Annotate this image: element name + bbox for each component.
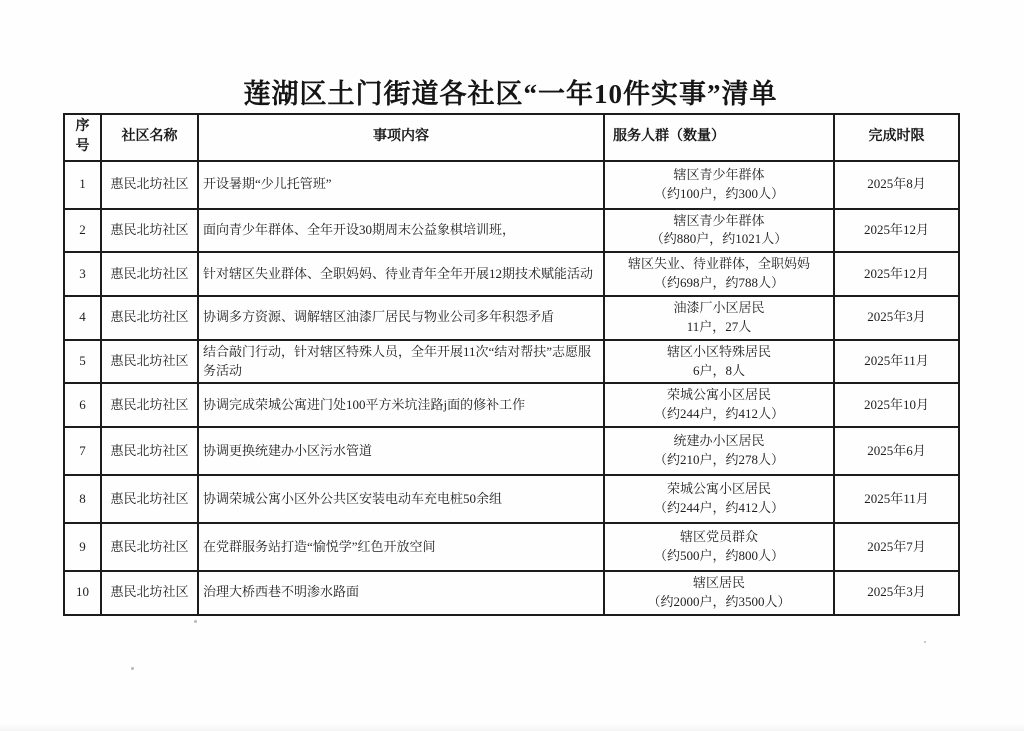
row-deadline: 2025年11月 xyxy=(834,340,959,384)
row-served: 统建办小区居民 （约210户，约278人） xyxy=(604,427,834,475)
served-group: 油漆厂小区居民 xyxy=(609,299,829,318)
row-no: 1 xyxy=(64,161,101,209)
document-title: 莲湖区土门街道各社区“一年10件实事”清单 xyxy=(63,72,958,111)
served-group: 辖区青少年群体 xyxy=(609,166,829,185)
header-no: 序号 xyxy=(64,114,101,161)
row-community: 惠民北坊社区 xyxy=(101,571,198,615)
table-row: 8 惠民北坊社区 协调荣城公寓小区外公共区安装电动车充电桩50余组 荣城公寓小区… xyxy=(64,475,959,523)
served-group: 辖区失业、待业群体，全职妈妈 xyxy=(609,255,829,274)
served-count: 6户，8人 xyxy=(609,362,829,381)
table-row: 7 惠民北坊社区 协调更换统建办小区污水管道 统建办小区居民 （约210户，约2… xyxy=(64,427,959,475)
row-deadline: 2025年11月 xyxy=(834,475,959,523)
scanned-page: 莲湖区土门街道各社区“一年10件实事”清单 序号 社区名称 事项内容 服务人群（… xyxy=(0,0,1024,731)
row-item: 开设暑期“少儿托管班” xyxy=(198,161,604,209)
scan-speck xyxy=(194,620,197,623)
served-group: 辖区青少年群体 xyxy=(609,212,829,231)
row-deadline: 2025年12月 xyxy=(834,209,959,253)
row-no: 6 xyxy=(64,383,101,427)
row-community: 惠民北坊社区 xyxy=(101,427,198,475)
row-deadline: 2025年7月 xyxy=(834,523,959,571)
row-item: 协调荣城公寓小区外公共区安装电动车充电桩50余组 xyxy=(198,475,604,523)
row-no: 7 xyxy=(64,427,101,475)
row-deadline: 2025年10月 xyxy=(834,383,959,427)
row-item: 面向青少年群体、全年开设30期周末公益象棋培训班， xyxy=(198,209,604,253)
table-row: 3 惠民北坊社区 针对辖区失业群体、全职妈妈、待业青年全年开展12期技术赋能活动… xyxy=(64,252,959,296)
row-deadline: 2025年6月 xyxy=(834,427,959,475)
row-no: 3 xyxy=(64,252,101,296)
served-count: （约100户，约300人） xyxy=(609,185,829,204)
row-community: 惠民北坊社区 xyxy=(101,252,198,296)
row-deadline: 2025年8月 xyxy=(834,161,959,209)
row-community: 惠民北坊社区 xyxy=(101,161,198,209)
served-group: 荣城公寓小区居民 xyxy=(609,386,829,405)
scan-speck xyxy=(131,667,134,670)
scan-speck xyxy=(924,641,926,643)
row-no: 2 xyxy=(64,209,101,253)
row-deadline: 2025年3月 xyxy=(834,296,959,340)
row-community: 惠民北坊社区 xyxy=(101,523,198,571)
header-served: 服务人群（数量） xyxy=(604,114,834,161)
row-no: 10 xyxy=(64,571,101,615)
table-row: 6 惠民北坊社区 协调完成荣城公寓进门处100平方米坑洼路j面的修补工作 荣城公… xyxy=(64,383,959,427)
served-group: 辖区居民 xyxy=(609,574,829,593)
row-served: 辖区青少年群体 （约100户，约300人） xyxy=(604,161,834,209)
row-item: 协调完成荣城公寓进门处100平方米坑洼路j面的修补工作 xyxy=(198,383,604,427)
row-served: 辖区青少年群体 （约880户，约1021人） xyxy=(604,209,834,253)
row-deadline: 2025年12月 xyxy=(834,252,959,296)
row-no: 5 xyxy=(64,340,101,384)
table-row: 9 惠民北坊社区 在党群服务站打造“愉悦学”红色开放空间 辖区党员群众 （约50… xyxy=(64,523,959,571)
served-group: 辖区小区特殊居民 xyxy=(609,343,829,362)
row-item: 结合敲门行动，针对辖区特殊人员，全年开展11次“结对帮扶”志愿服务活动 xyxy=(198,340,604,384)
table-row: 5 惠民北坊社区 结合敲门行动，针对辖区特殊人员，全年开展11次“结对帮扶”志愿… xyxy=(64,340,959,384)
header-community: 社区名称 xyxy=(101,114,198,161)
row-served: 辖区失业、待业群体，全职妈妈 （约698户，约788人） xyxy=(604,252,834,296)
row-community: 惠民北坊社区 xyxy=(101,475,198,523)
row-community: 惠民北坊社区 xyxy=(101,383,198,427)
served-group: 统建办小区居民 xyxy=(609,432,829,451)
row-item: 协调更换统建办小区污水管道 xyxy=(198,427,604,475)
served-count: （约244户，约412人） xyxy=(609,405,829,424)
row-served: 荣城公寓小区居民 （约244户，约412人） xyxy=(604,475,834,523)
table-row: 2 惠民北坊社区 面向青少年群体、全年开设30期周末公益象棋培训班， 辖区青少年… xyxy=(64,209,959,253)
header-item: 事项内容 xyxy=(198,114,604,161)
served-group: 荣城公寓小区居民 xyxy=(609,480,829,499)
row-community: 惠民北坊社区 xyxy=(101,296,198,340)
table-row: 10 惠民北坊社区 治理大桥西巷不明渗水路面 辖区居民 （约2000户，约350… xyxy=(64,571,959,615)
served-count: 11户，27人 xyxy=(609,318,829,337)
served-count: （约2000户，约3500人） xyxy=(609,593,829,612)
header-deadline: 完成时限 xyxy=(834,114,959,161)
row-deadline: 2025年3月 xyxy=(834,571,959,615)
served-count: （约698户，约788人） xyxy=(609,274,829,293)
table-row: 1 惠民北坊社区 开设暑期“少儿托管班” 辖区青少年群体 （约100户，约300… xyxy=(64,161,959,209)
served-count: （约500户，约800人） xyxy=(609,547,829,566)
row-item: 在党群服务站打造“愉悦学”红色开放空间 xyxy=(198,523,604,571)
row-item: 治理大桥西巷不明渗水路面 xyxy=(198,571,604,615)
row-served: 荣城公寓小区居民 （约244户，约412人） xyxy=(604,383,834,427)
row-served: 辖区党员群众 （约500户，约800人） xyxy=(604,523,834,571)
scan-shading xyxy=(0,723,1024,731)
row-no: 9 xyxy=(64,523,101,571)
row-served: 油漆厂小区居民 11户，27人 xyxy=(604,296,834,340)
practical-items-table: 序号 社区名称 事项内容 服务人群（数量） 完成时限 1 惠民北坊社区 开设暑期… xyxy=(63,113,960,616)
row-item: 针对辖区失业群体、全职妈妈、待业青年全年开展12期技术赋能活动 xyxy=(198,252,604,296)
served-count: （约210户，约278人） xyxy=(609,451,829,470)
table-row: 4 惠民北坊社区 协调多方资源、调解辖区油漆厂居民与物业公司多年积怨矛盾 油漆厂… xyxy=(64,296,959,340)
row-community: 惠民北坊社区 xyxy=(101,209,198,253)
row-item: 协调多方资源、调解辖区油漆厂居民与物业公司多年积怨矛盾 xyxy=(198,296,604,340)
table-header-row: 序号 社区名称 事项内容 服务人群（数量） 完成时限 xyxy=(64,114,959,161)
served-count: （约244户，约412人） xyxy=(609,499,829,518)
row-served: 辖区居民 （约2000户，约3500人） xyxy=(604,571,834,615)
served-count: （约880户，约1021人） xyxy=(609,230,829,249)
row-community: 惠民北坊社区 xyxy=(101,340,198,384)
row-served: 辖区小区特殊居民 6户，8人 xyxy=(604,340,834,384)
served-group: 辖区党员群众 xyxy=(609,528,829,547)
row-no: 4 xyxy=(64,296,101,340)
row-no: 8 xyxy=(64,475,101,523)
